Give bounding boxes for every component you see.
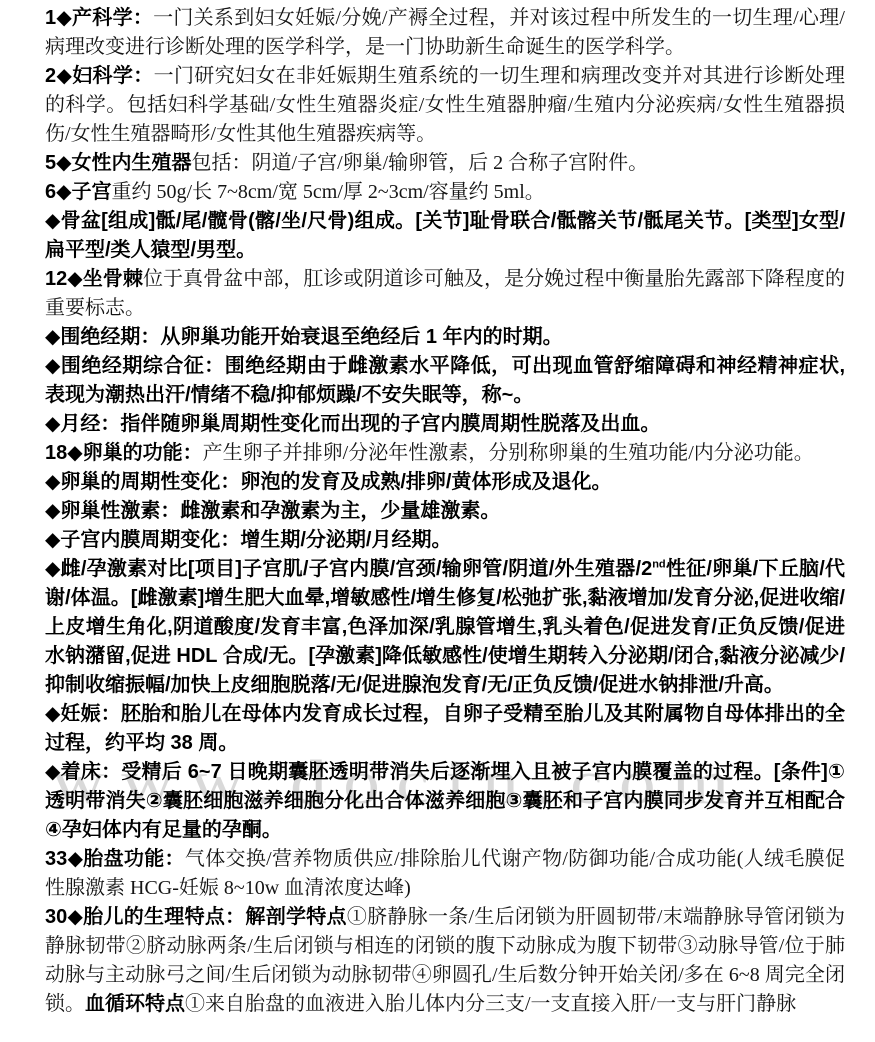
- body-text: 一门关系到妇女妊娠/分娩/产褥全过程，并对该过程中所发生的一切生理/心理/病理改…: [45, 7, 845, 58]
- bold-heading-text: 33◆胎盘功能：: [45, 848, 185, 870]
- bold-heading-text: 血循环特点: [85, 993, 185, 1015]
- paragraph-15: ◆妊娠：胚胎和胎儿在母体内发育成长过程，自卵子受精至胎儿及其附属物自母体排出的全…: [45, 700, 845, 758]
- bold-heading-text: ◆围绝经期：从卵巢功能开始衰退至绝经后 1 年内的时期。: [45, 326, 563, 348]
- bold-heading-text: 2◆妇科学：: [45, 65, 154, 87]
- bold-heading-text: ◆围绝经期综合征：围绝经期由于雌激素水平降低，可出现血管舒缩障碍和神经精神症状,…: [45, 355, 845, 406]
- paragraph-13: ◆子宫内膜周期变化：增生期/分泌期/月经期。: [45, 526, 845, 555]
- paragraph-12: ◆卵巢性激素：雌激素和孕激素为主，少量雄激素。: [45, 497, 845, 526]
- paragraph-7: ◆围绝经期：从卵巢功能开始衰退至绝经后 1 年内的时期。: [45, 323, 845, 352]
- body-text: 包括：阴道/子宫/卵巢/输卵管，后 2 合称子宫附件。: [192, 152, 649, 174]
- bold-heading-text: 18◆卵巢的功能：: [45, 442, 203, 464]
- body-text: 一门研究妇女在非妊娠期生殖系统的一切生理和病理改变并对其进行诊断处理的科学。包括…: [45, 65, 845, 145]
- bold-heading-text: ◆卵巢性激素：雌激素和孕激素为主，少量雄激素。: [45, 500, 500, 522]
- bold-heading-text: 5◆女性内生殖器: [45, 152, 192, 174]
- bold-heading-text: ◆骨盆[组成]骶/尾/髋骨(髂/坐/尺骨)组成。[关节]耻骨联合/骶髂关节/骶尾…: [45, 210, 845, 261]
- paragraph-8: ◆围绝经期综合征：围绝经期由于雌激素水平降低，可出现血管舒缩障碍和神经精神症状,…: [45, 352, 845, 410]
- superscript-text: nd: [652, 558, 665, 570]
- paragraph-1: 1◆产科学：一门关系到妇女妊娠/分娩/产褥全过程，并对该过程中所发生的一切生理/…: [45, 4, 845, 62]
- paragraph-5: ◆骨盆[组成]骶/尾/髋骨(髂/坐/尺骨)组成。[关节]耻骨联合/骶髂关节/骶尾…: [45, 207, 845, 265]
- paragraph-2: 2◆妇科学：一门研究妇女在非妊娠期生殖系统的一切生理和病理改变并对其进行诊断处理…: [45, 62, 845, 149]
- paragraph-4: 6◆子宫重约 50g/长 7~8cm/宽 5cm/厚 2~3cm/容量约 5ml…: [45, 178, 845, 207]
- bold-heading-text: ◆着床：受精后 6~7 日晚期囊胚透明带消失后逐渐埋入且被子宫内膜覆盖的过程。[…: [45, 761, 845, 841]
- paragraph-11: ◆卵巢的周期性变化：卵泡的发育及成熟/排卵/黄体形成及退化。: [45, 468, 845, 497]
- paragraph-6: 12◆坐骨棘位于真骨盆中部，肛诊或阴道诊可触及，是分娩过程中衡量胎先露部下降程度…: [45, 265, 845, 323]
- paragraph-16: ◆着床：受精后 6~7 日晚期囊胚透明带消失后逐渐埋入且被子宫内膜覆盖的过程。[…: [45, 758, 845, 845]
- bold-heading-text: ◆月经：指伴随卵巢周期性变化而出现的子宫内膜周期性脱落及出血。: [45, 413, 660, 435]
- notes-text-block: 1◆产科学：一门关系到妇女妊娠/分娩/产褥全过程，并对该过程中所发生的一切生理/…: [0, 0, 875, 1019]
- paragraph-9: ◆月经：指伴随卵巢周期性变化而出现的子宫内膜周期性脱落及出血。: [45, 410, 845, 439]
- body-text: 产生卵子并排卵/分泌年性激素，分别称卵巢的生殖功能/内分泌功能。: [203, 442, 814, 464]
- bold-heading-text: 6◆子宫: [45, 181, 112, 203]
- bold-heading-text: 30◆胎儿的生理特点：解剖学特点: [45, 906, 347, 928]
- body-text: ①来自胎盘的血液进入胎儿体内分三支/一支直接入肝/一支与肝门静脉: [185, 993, 796, 1015]
- body-text: 重约 50g/长 7~8cm/宽 5cm/厚 2~3cm/容量约 5ml。: [112, 181, 545, 203]
- paragraph-3: 5◆女性内生殖器包括：阴道/子宫/卵巢/输卵管，后 2 合称子宫附件。: [45, 149, 845, 178]
- bold-heading-text: ◆雌/孕激素对比[项目]子宫肌/子宫内膜/宫颈/输卵管/阴道/外生殖器/2: [45, 558, 652, 580]
- paragraph-18: 30◆胎儿的生理特点：解剖学特点①脐静脉一条/生后闭锁为肝圆韧带/末端静脉导管闭…: [45, 903, 845, 1019]
- bold-heading-text: ◆卵巢的周期性变化：卵泡的发育及成熟/排卵/黄体形成及退化。: [45, 471, 612, 493]
- document-page: www.docin.com 1◆产科学：一门关系到妇女妊娠/分娩/产褥全过程，并…: [0, 0, 875, 1042]
- bold-heading-text: 1◆产科学：: [45, 7, 153, 29]
- bold-heading-text: 12◆坐骨棘: [45, 268, 143, 290]
- bold-heading-text: ◆妊娠：胚胎和胎儿在母体内发育成长过程，自卵子受精至胎儿及其附属物自母体排出的全…: [45, 703, 845, 754]
- bold-heading-text: ◆子宫内膜周期变化：增生期/分泌期/月经期。: [45, 529, 452, 551]
- body-text: 位于真骨盆中部，肛诊或阴道诊可触及，是分娩过程中衡量胎先露部下降程度的重要标志。: [45, 268, 845, 319]
- paragraph-17: 33◆胎盘功能：气体交换/营养物质供应/排除胎儿代谢产物/防御功能/合成功能(人…: [45, 845, 845, 903]
- paragraph-10: 18◆卵巢的功能：产生卵子并排卵/分泌年性激素，分别称卵巢的生殖功能/内分泌功能…: [45, 439, 845, 468]
- paragraph-14: ◆雌/孕激素对比[项目]子宫肌/子宫内膜/宫颈/输卵管/阴道/外生殖器/2nd性…: [45, 555, 845, 700]
